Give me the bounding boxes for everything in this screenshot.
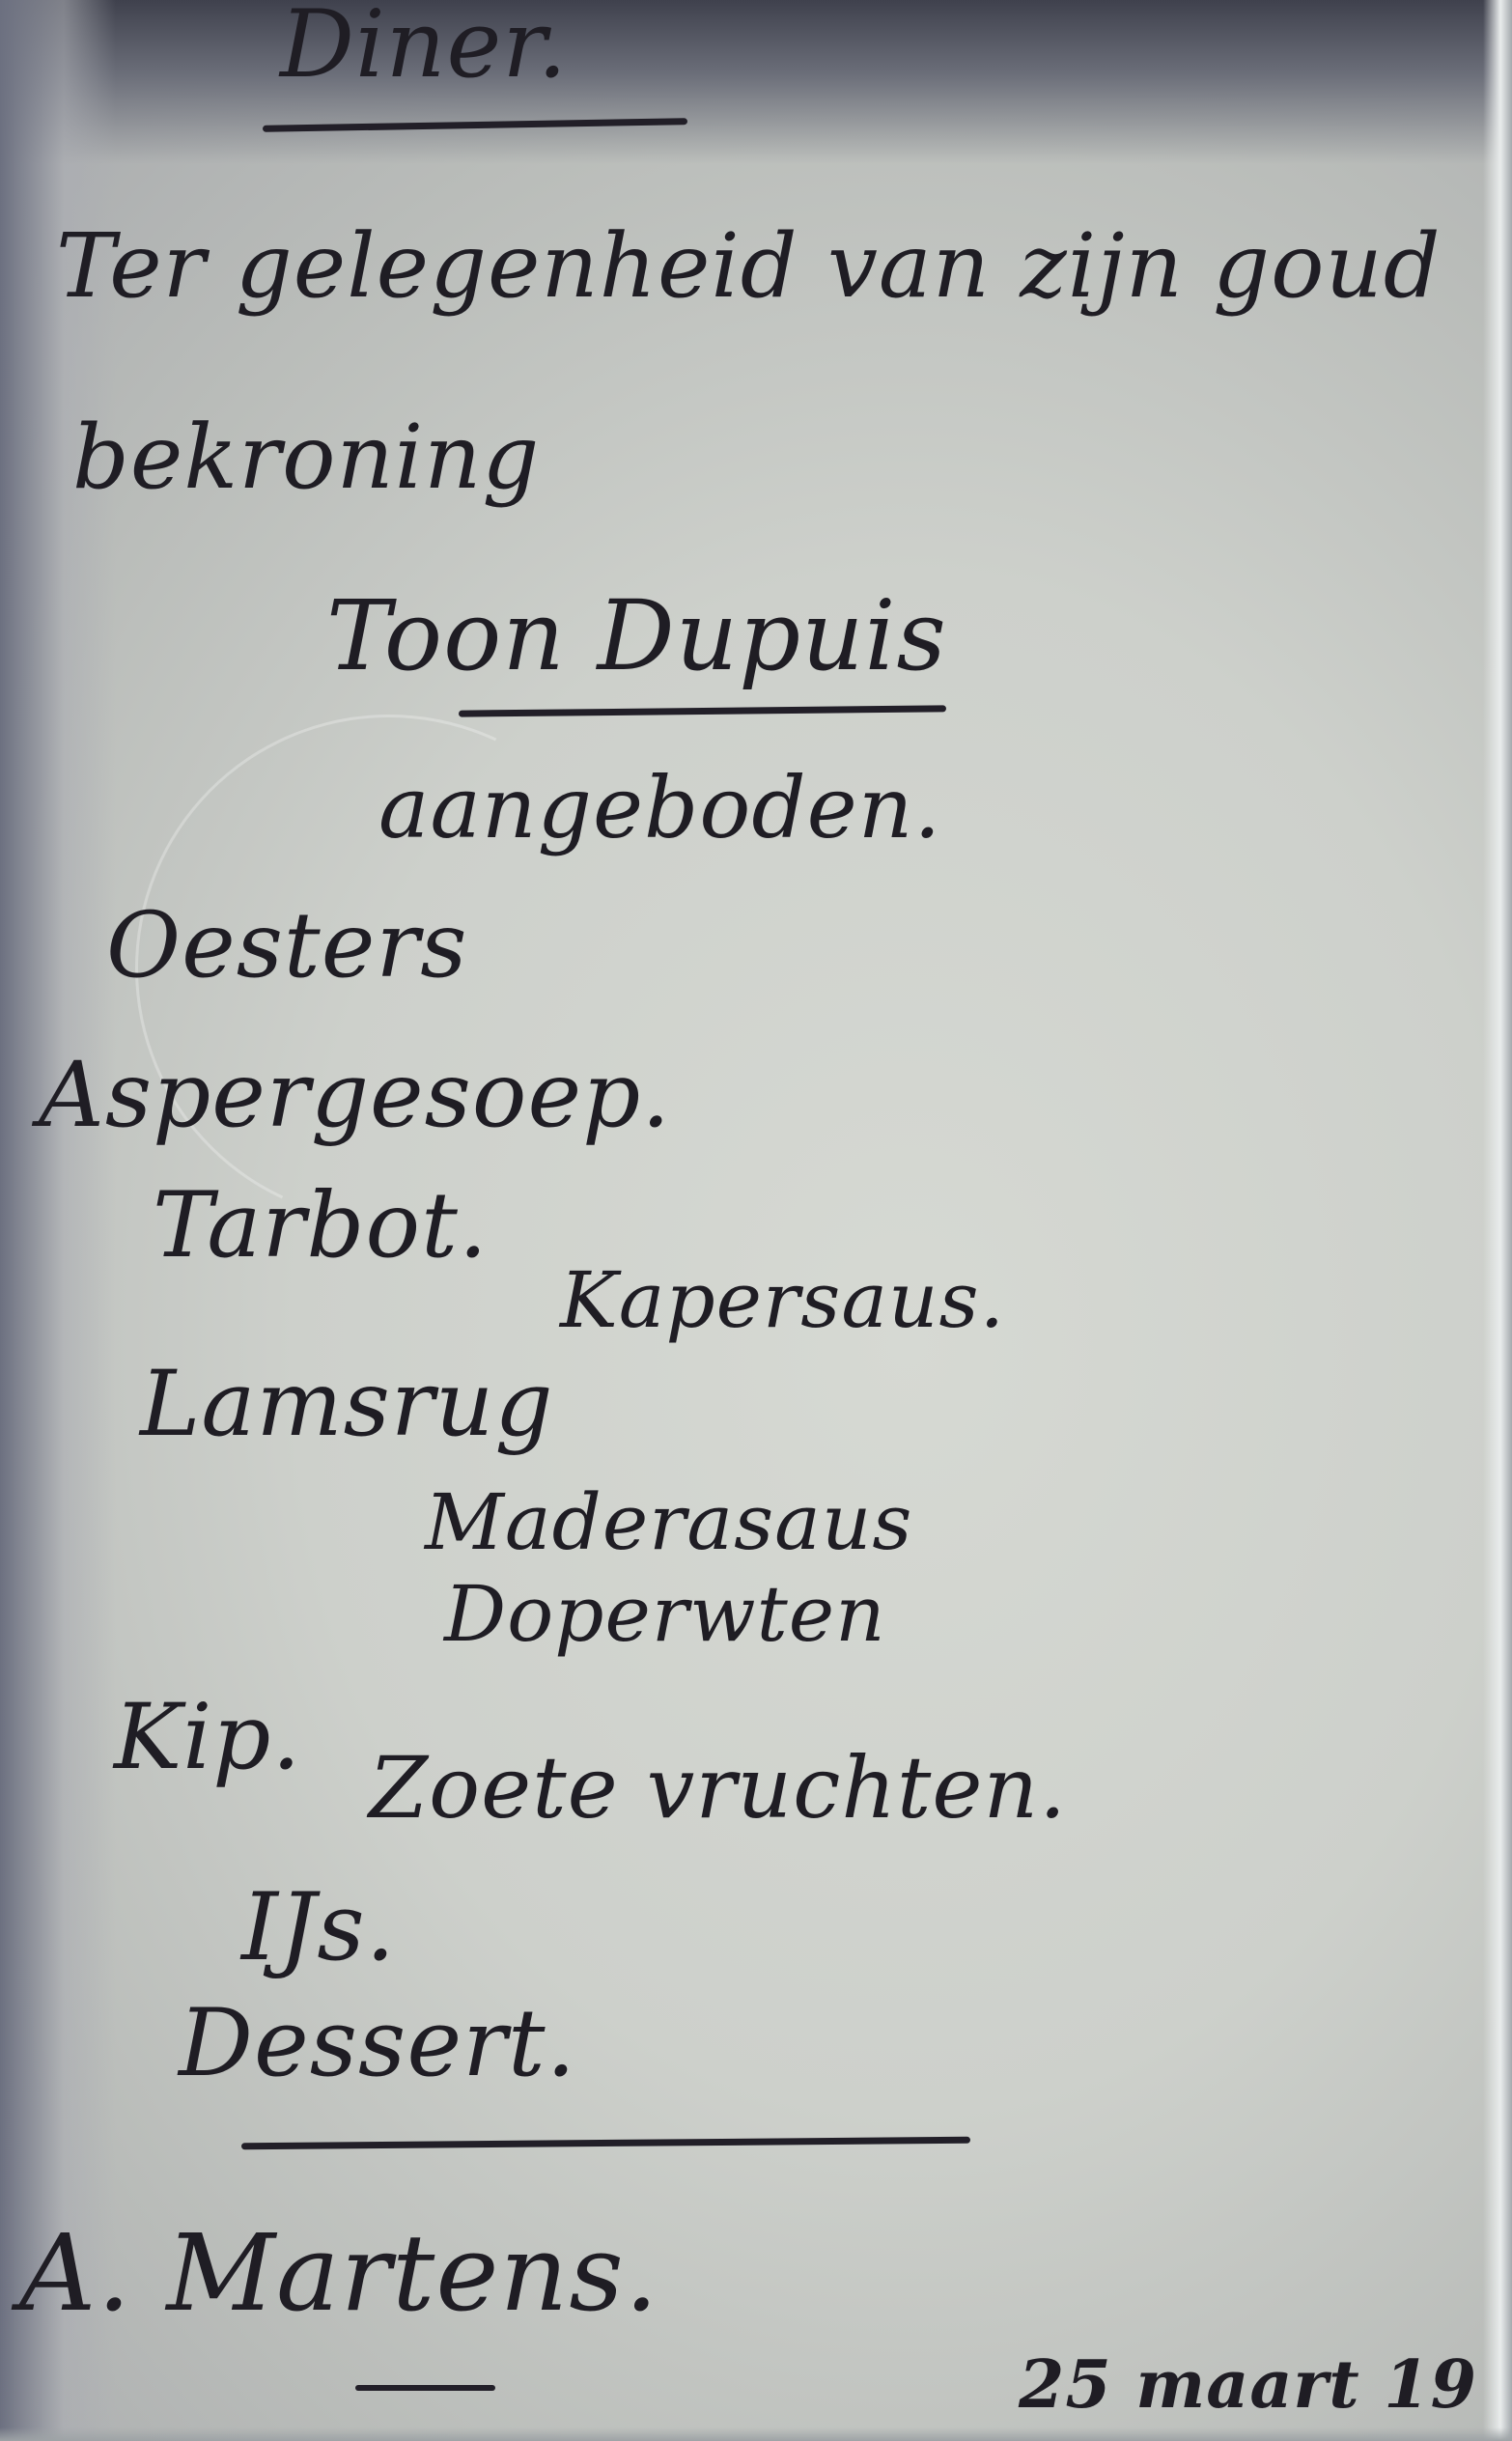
- course-ijs: IJs.: [241, 1873, 396, 1981]
- side-maderasaus: Maderasaus: [425, 1477, 912, 1567]
- side-doperwten: Doperwten: [444, 1569, 886, 1659]
- course-oesters: Oesters: [106, 893, 468, 998]
- honoree-name: Toon Dupuis: [326, 579, 947, 692]
- signature-dash: [355, 2385, 495, 2391]
- menu-title: Diner.: [280, 0, 568, 98]
- signature: A. Martens.: [19, 2211, 659, 2335]
- side-zoete-vruchten: Zoete vruchten.: [369, 1738, 1067, 1838]
- course-aspergesoep: Aspergesoep.: [39, 1043, 671, 1148]
- honoree-underline: [459, 705, 946, 716]
- date: 25 maart 19: [1019, 2346, 1477, 2424]
- course-lamsrug: Lamsrug: [140, 1352, 554, 1457]
- menu-photo: Diner. Ter gelegenheid van zijn goud bek…: [0, 0, 1512, 2441]
- course-tarbot: Tarbot.: [153, 1173, 489, 1278]
- course-dessert: Dessert.: [179, 1989, 576, 2097]
- offered-text: aangeboden.: [378, 758, 941, 857]
- frame-shadow-left: [0, 0, 116, 2441]
- frame-edge-right: [1483, 0, 1512, 2441]
- frame-shadow-top: [0, 0, 1512, 164]
- closing-rule: [241, 2137, 970, 2150]
- occasion-line-2: bekroning: [72, 406, 540, 509]
- frame-edge-bottom: [0, 2427, 1512, 2441]
- course-kip: Kip.: [114, 1685, 301, 1790]
- occasion-line-1: Ter gelegenheid van zijn goud: [56, 214, 1442, 318]
- side-kapersaus: Kapersaus.: [560, 1255, 1005, 1345]
